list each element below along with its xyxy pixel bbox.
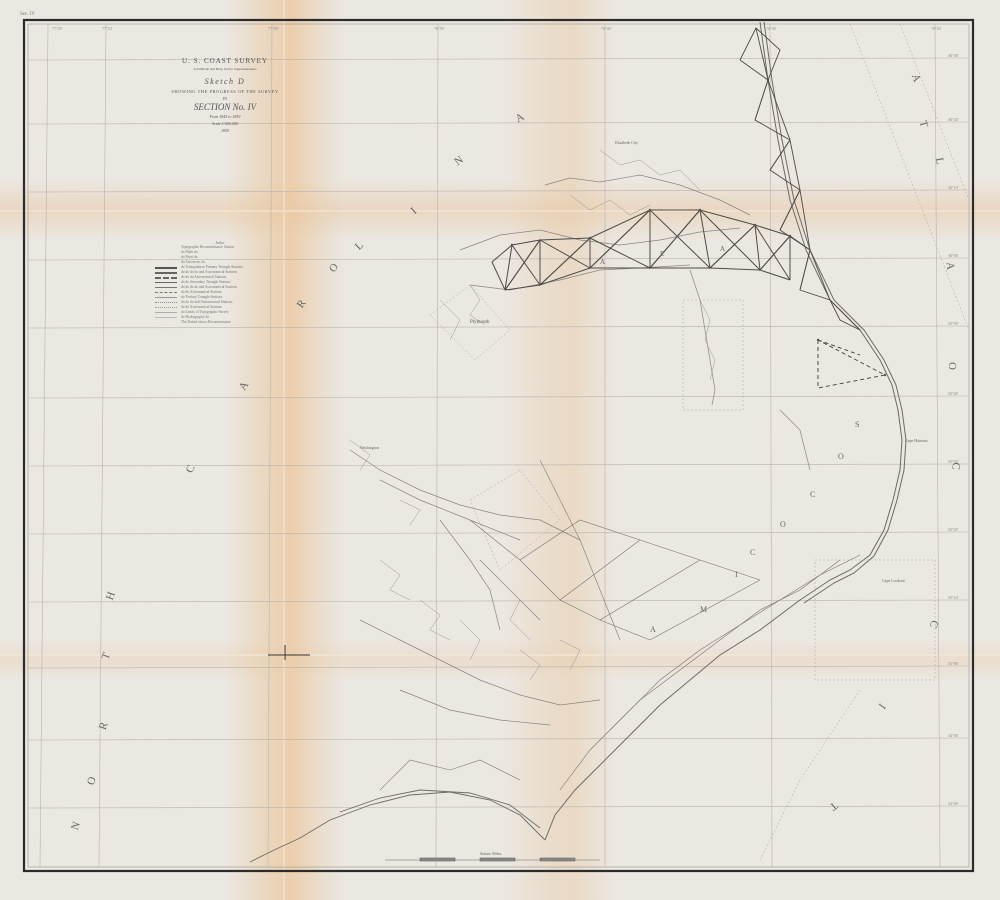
mainland-shoreline <box>350 175 810 725</box>
sound-letter: I <box>735 570 738 579</box>
ocean-letter: A <box>944 262 957 271</box>
subtitle: SHOWING THE PROGRESS OF THE SURVEY <box>150 90 300 95</box>
albemarle-letter: A <box>600 258 605 266</box>
sound-letter: S <box>855 420 859 429</box>
latitude-label: 35°20' <box>948 527 958 532</box>
sound-letter: O <box>780 520 786 529</box>
date-range: From 1845 to 1859 <box>150 115 300 119</box>
albemarle-letter: E <box>660 250 664 258</box>
longitude-label: 76°40' <box>601 26 611 31</box>
legend-row: The Dotted shows Reconnaissance <box>155 320 285 325</box>
map-frame <box>24 20 973 871</box>
sound-letter: C <box>750 548 755 557</box>
place-cape-hatteras: Cape Hatteras <box>905 438 928 443</box>
sketch-title: Sketch D <box>150 78 300 86</box>
latitude-label: 34°50' <box>948 733 958 738</box>
year: 1859 <box>150 129 300 133</box>
latitude-label: 36°30' <box>948 53 958 58</box>
albemarle-letter: A <box>720 245 725 253</box>
longitude-label: 77°10' <box>102 26 112 31</box>
latitude-label: 36°00' <box>948 253 958 258</box>
sound-letter: A <box>650 625 656 634</box>
sheet-reference: Sec. IV <box>20 12 35 17</box>
triangulation-network-albemarle <box>492 210 810 290</box>
north-arrow-mark <box>268 645 310 660</box>
superintendents: A.D.Bache and Benj. Peirce Superintenden… <box>150 68 300 72</box>
longitude-label: 77°00' <box>268 26 278 31</box>
longitude-label: 76°50' <box>434 26 444 31</box>
subtitle-in: IN <box>150 97 300 101</box>
ocean-letter: O <box>946 362 958 370</box>
map-canvas <box>0 0 1000 900</box>
latitude-label: 35°50' <box>948 321 958 326</box>
place-plymouth: Plymouth <box>470 320 489 325</box>
agency-title: U. S. COAST SURVEY <box>150 58 300 65</box>
chart-sheet: Sec. IV U. S. COAST SURVEY A.D.Bache and… <box>0 0 1000 900</box>
place-cape-lookout: Cape Lookout <box>882 578 905 583</box>
scale-bar <box>385 858 600 861</box>
graticule <box>28 24 969 867</box>
scale-text: Scale 1/400,000 <box>150 122 300 126</box>
title-block: U. S. COAST SURVEY A.D.Bache and Benj. P… <box>150 58 300 133</box>
latitude-label: 34°40' <box>948 801 958 806</box>
triangulation-network-currituck <box>740 28 860 330</box>
place-washington: Washington <box>360 445 379 450</box>
latitude-label: 36°20' <box>948 117 958 122</box>
survey-limit-boxes <box>430 285 935 860</box>
sound-letter: M <box>700 605 707 614</box>
station-markers <box>511 79 886 376</box>
latitude-label: 35°10' <box>948 595 958 600</box>
place-scale-bar-label: Statute Miles <box>480 851 501 856</box>
legend: Index Topographic Reconnaissance Station… <box>155 240 285 325</box>
longitude-label: 77°20' <box>52 26 62 31</box>
latitude-label: 35°30' <box>948 459 958 464</box>
sound-letter: C <box>810 490 815 499</box>
section-title: SECTION No. IV <box>150 103 300 112</box>
latitude-label: 35°00' <box>948 661 958 666</box>
longitude-label: 76°30' <box>766 26 776 31</box>
longitude-label: 76°20' <box>931 26 941 31</box>
outer-banks-coastline <box>545 22 906 840</box>
place-elizabeth-city: Elizabeth City <box>615 140 638 145</box>
sound-letter: O <box>838 452 844 461</box>
latitude-label: 36°10' <box>948 185 958 190</box>
latitude-label: 35°40' <box>948 391 958 396</box>
fold-creases <box>0 0 1000 900</box>
